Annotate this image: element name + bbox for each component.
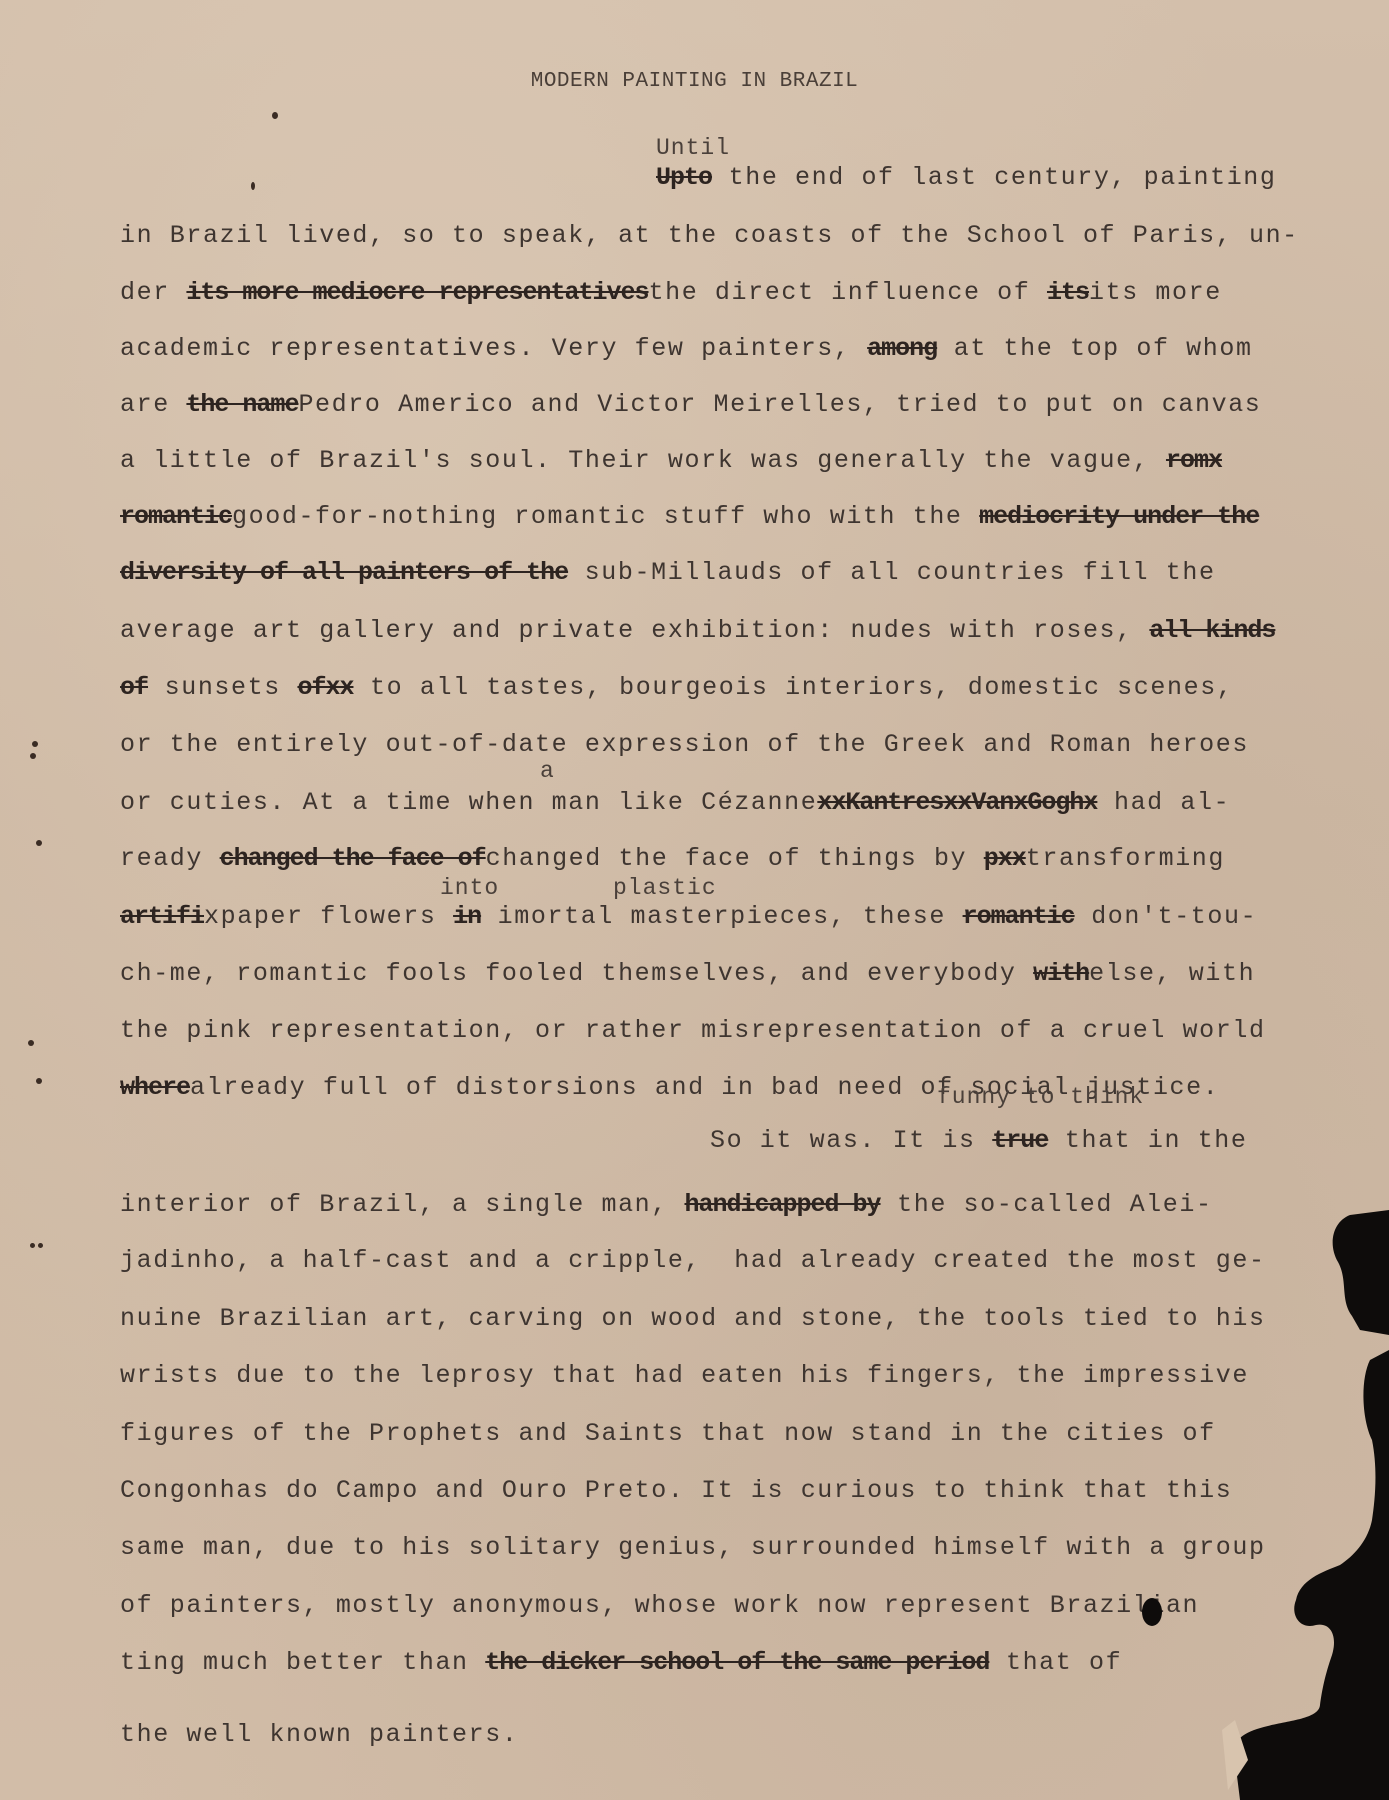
struck-out-text: pxx [984,844,1026,873]
struck-out-text: in [453,902,481,931]
struck-out-text: ofxx [297,673,353,702]
text-line: ch-me, romantic fools fooled themselves,… [120,959,1255,988]
typed-text: nuine Brazilian art, carving on wood and… [120,1304,1266,1333]
struck-out-text: of [120,673,148,702]
ink-speck [38,1243,43,1248]
typed-text: ready [120,844,220,873]
text-line: a little of Brazil's soul. Their work wa… [120,446,1222,475]
text-line: wrists due to the leprosy that had eaten… [120,1361,1249,1390]
typed-text: changed the face of things by [486,844,984,873]
typed-text: the so-called Alei- [881,1190,1213,1219]
struck-out-text: the name [186,390,298,419]
text-line: jadinho, a half-cast and a cripple, had … [120,1246,1266,1275]
text-line: nuine Brazilian art, carving on wood and… [120,1304,1266,1333]
typed-text: interior of Brazil, a single man, [120,1190,684,1219]
struck-out-text: mediocrity under the [979,502,1259,531]
typed-text: the pink representation, or rather misre… [120,1016,1266,1045]
typed-text: of painters, mostly anonymous, whose wor… [120,1591,1199,1620]
text-line: or the entirely out-of-date expression o… [120,730,1249,759]
ink-speck [28,1040,34,1046]
typed-text: Pedro Americo and Victor Meirelles, trie… [298,390,1261,419]
typed-text: that of [989,1648,1122,1677]
ink-speck [36,1078,42,1084]
text-line: ting much better than the dicker school … [120,1648,1122,1677]
typed-text: ting much better than [120,1648,485,1677]
typed-text: sub-Millauds of all countries fill the [568,558,1216,587]
struck-out-text: Upto [656,163,712,192]
typed-text: good-for-nothing romantic stuff who with… [232,502,979,531]
ink-speck [251,182,255,190]
struck-out-text: romx [1166,446,1222,475]
text-line: Upto the end of last century, painting [656,163,1277,192]
interlinear-insertion: a [540,758,555,784]
text-line: of sunsets ofxx to all tastes, bourgeois… [120,673,1233,702]
text-line: figures of the Prophets and Saints that … [120,1419,1216,1448]
ink-speck [30,753,36,759]
typed-text: had al- [1097,788,1230,817]
typed-text: wrists due to the leprosy that had eaten… [120,1361,1249,1390]
typed-text: der [120,278,186,307]
struck-out-text: the dicker school of the same period [485,1648,989,1677]
typed-text: academic representatives. Very few paint… [120,334,867,363]
typed-text: average art gallery and private exhibiti… [120,616,1149,645]
text-line: in Brazil lived, so to speak, at the coa… [120,221,1299,250]
typed-text: ch-me, romantic fools fooled themselves,… [120,959,1033,988]
typed-text: its more [1089,278,1222,307]
text-line: ready changed the face ofchanged the fac… [120,844,1225,873]
interlinear-insertion: Until [656,135,730,161]
typed-text: sunsets [148,673,297,702]
typed-text: Congonhas do Campo and Ouro Preto. It is… [120,1476,1232,1505]
typed-text: a little of Brazil's soul. Their work wa… [120,446,1166,475]
typed-text: jadinho, a half-cast and a cripple, had … [120,1246,1266,1275]
interlinear-insertion: funny to think [937,1084,1144,1110]
text-line: are the namePedro Americo and Victor Mei… [120,390,1261,419]
document-title: MODERN PAINTING IN BRAZIL [0,70,1389,93]
typed-text: in Brazil lived, so to speak, at the coa… [120,221,1299,250]
text-line: Congonhas do Campo and Ouro Preto. It is… [120,1476,1232,1505]
text-line: same man, due to his solitary genius, su… [120,1533,1266,1562]
struck-out-text: among [867,334,937,363]
ink-speck [32,741,38,747]
text-line: average art gallery and private exhibiti… [120,616,1275,645]
struck-out-text: its more mediocre representatives [186,278,648,307]
typed-text: same man, due to his solitary genius, su… [120,1533,1266,1562]
typed-text: to all tastes, bourgeois interiors, dome… [353,673,1233,702]
ink-speck [30,1243,35,1248]
text-line: the well known painters. [120,1720,518,1749]
text-line: diversity of all painters of the sub-Mil… [120,558,1216,587]
struck-out-text: artifi [120,902,204,931]
struck-out-text: xxKantresxxVanxGoghx [817,788,1097,817]
ink-speck [272,112,278,119]
struck-out-text: with [1033,959,1089,988]
text-line: or cuties. At a time when man like Cézan… [120,788,1230,817]
struck-out-text: its [1047,278,1089,307]
text-line: So it was. It is true that in the [710,1126,1248,1155]
interlinear-insertion: into [440,875,499,901]
typed-text: are [120,390,186,419]
struck-out-text: romantic [963,902,1075,931]
typed-text: the end of last century, painting [712,163,1276,192]
text-line: romanticgood-for-nothing romantic stuff … [120,502,1259,531]
typed-text: transforming [1026,844,1225,873]
typed-text: So it was. It is [710,1126,992,1155]
typed-text: the well known painters. [120,1720,518,1749]
struck-out-text: where [120,1073,190,1102]
typed-text: that in the [1048,1126,1247,1155]
typed-text: or the entirely out-of-date expression o… [120,730,1249,759]
text-line: artifixpaper flowers in imortal masterpi… [120,902,1257,931]
typed-text: xpaper flowers [204,902,453,931]
struck-out-text: handicapped by [684,1190,880,1219]
typed-text: else, with [1089,959,1255,988]
ink-speck [36,840,42,846]
struck-out-text: all kinds [1149,616,1275,645]
text-line: interior of Brazil, a single man, handic… [120,1190,1213,1219]
struck-out-text: true [992,1126,1048,1155]
struck-out-text: changed the face of [220,844,486,873]
typed-text: don't-tou- [1075,902,1258,931]
interlinear-insertion: plastic [613,875,717,901]
typed-text: or cuties. At a time when man like Cézan… [120,788,817,817]
struck-out-text: romantic [120,502,232,531]
typed-text: the direct influence of [649,278,1047,307]
text-line: academic representatives. Very few paint… [120,334,1253,363]
typed-text: figures of the Prophets and Saints that … [120,1419,1216,1448]
struck-out-text: diversity of all painters of the [120,558,568,587]
typed-text: imortal masterpieces, these [481,902,962,931]
text-line: the pink representation, or rather misre… [120,1016,1266,1045]
typed-text: at the top of whom [937,334,1252,363]
text-line: of painters, mostly anonymous, whose wor… [120,1591,1199,1620]
text-line: der its more mediocre representativesthe… [120,278,1222,307]
